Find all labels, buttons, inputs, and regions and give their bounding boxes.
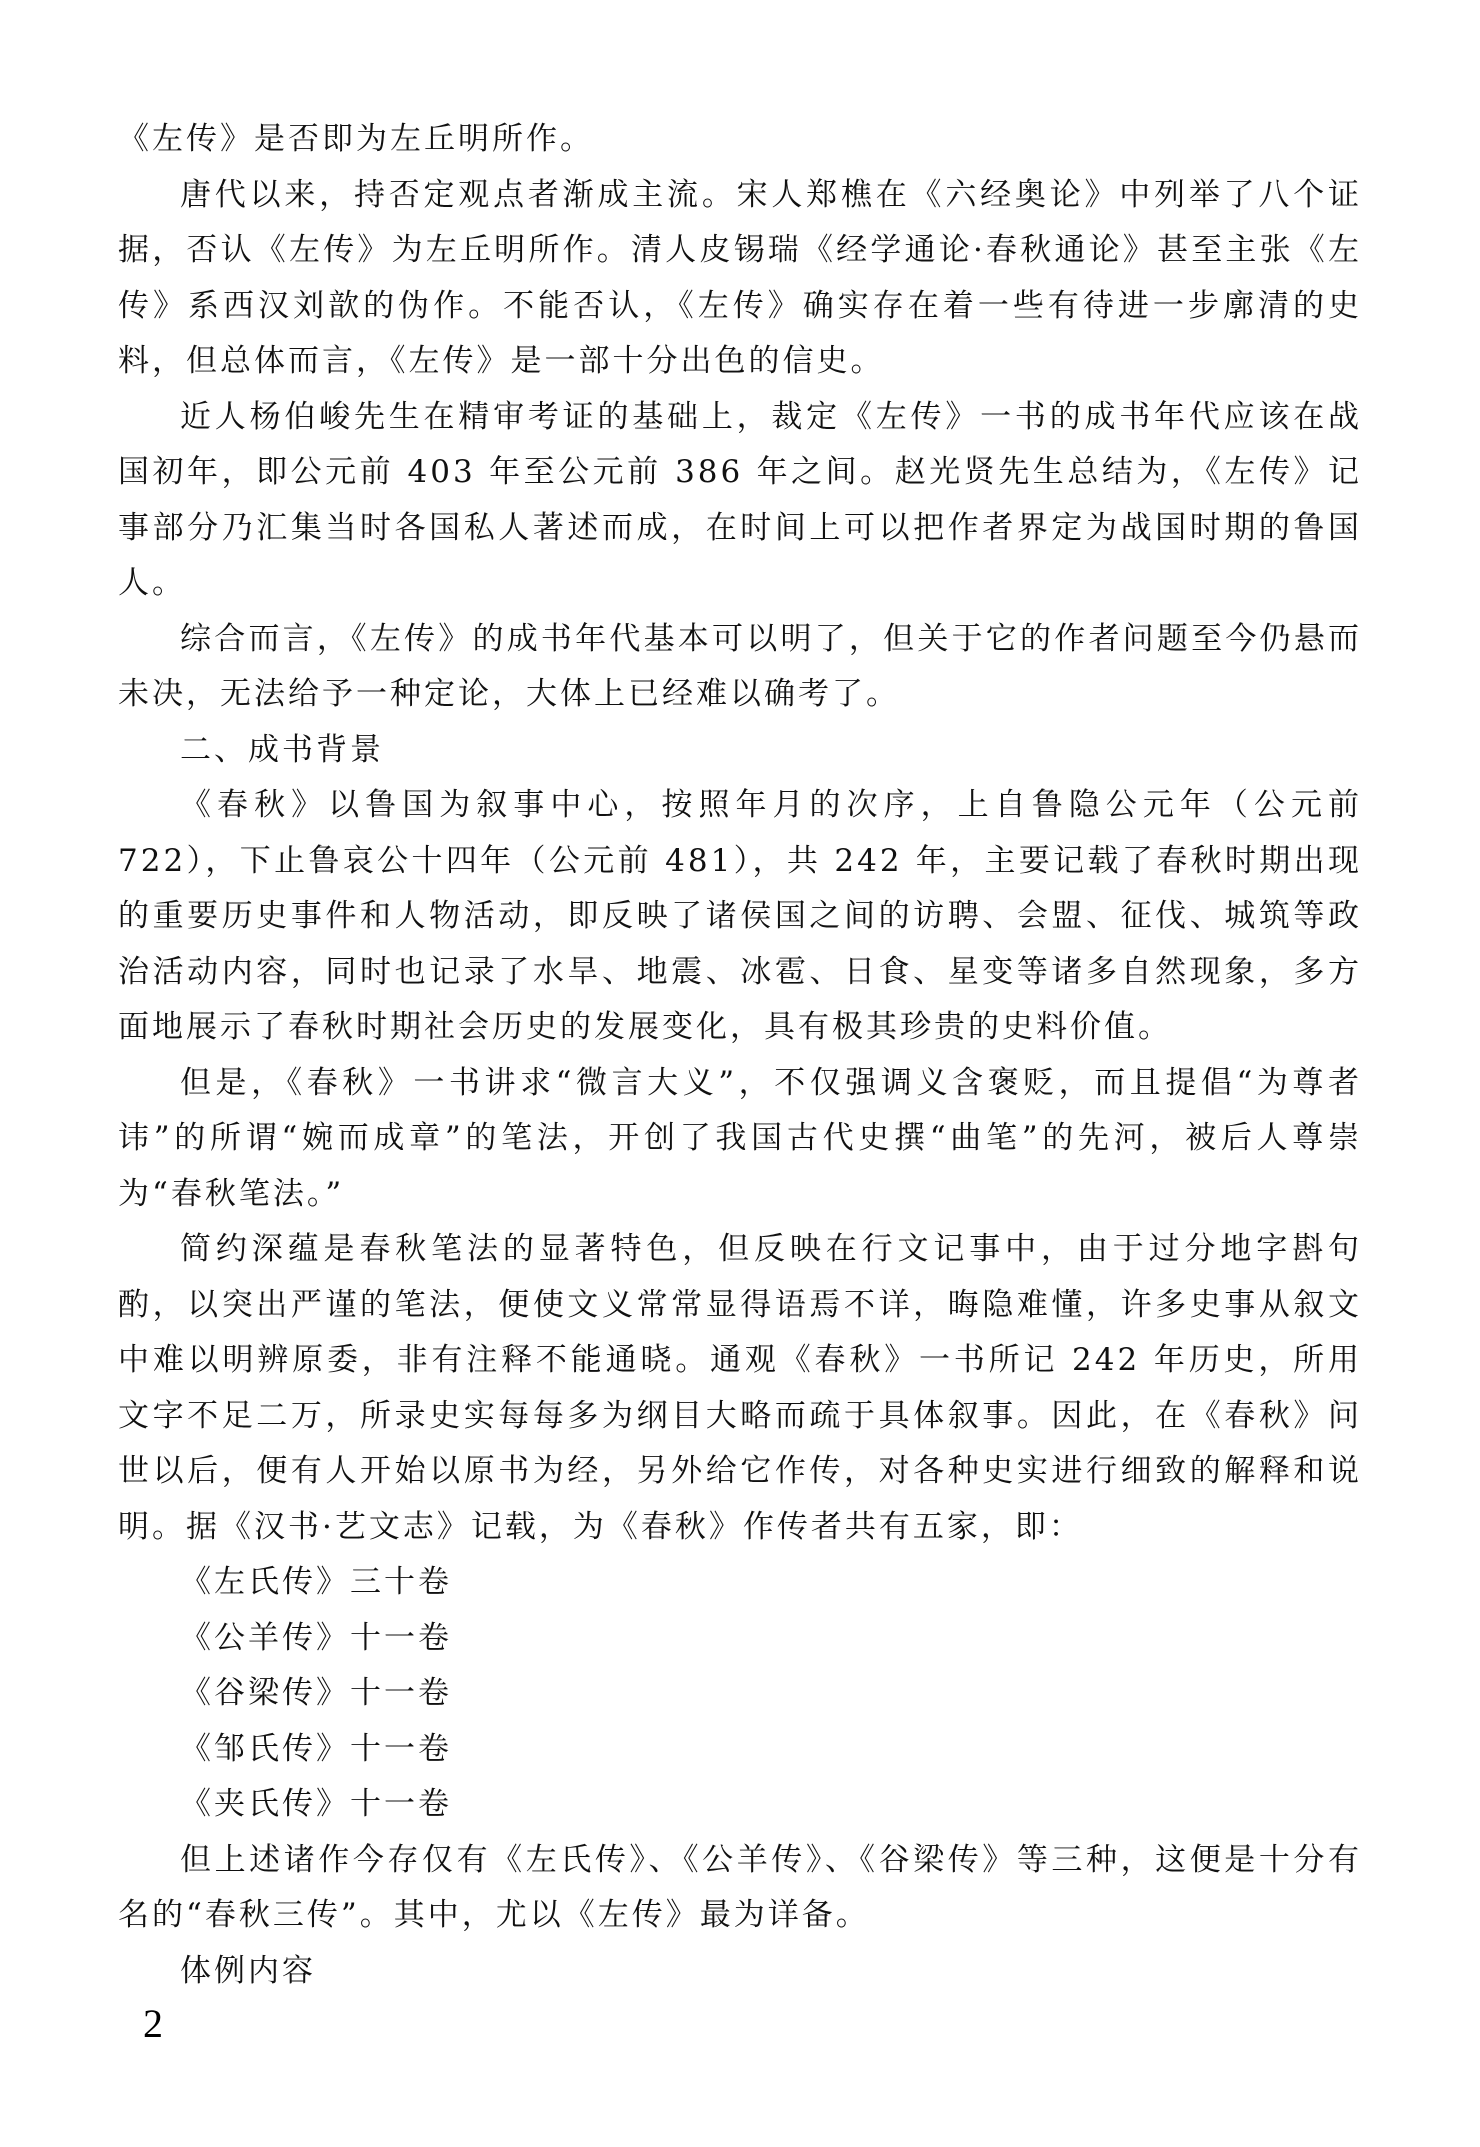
list-item: 《夹氏传》十一卷 — [118, 1777, 1362, 1833]
list-item: 《邹氏传》十一卷 — [118, 1722, 1362, 1778]
paragraph: 《春秋》以鲁国为叙事中心，按照年月的次序，上自鲁隐公元年（公元前 722），下止… — [118, 778, 1362, 1056]
list-item: 《谷梁传》十一卷 — [118, 1666, 1362, 1722]
paragraph: 但上述诸作今存仅有《左氏传》、《公羊传》、《谷梁传》等三种，这便是十分有名的“春… — [118, 1833, 1362, 1944]
section-heading: 体例内容 — [118, 1944, 1362, 2000]
paragraph: 《左传》是否即为左丘明所作。 — [118, 112, 1362, 168]
document-page: 《左传》是否即为左丘明所作。 唐代以来，持否定观点者渐成主流。宋人郑樵在《六经奥… — [0, 0, 1480, 2147]
body-text: 《左传》是否即为左丘明所作。 唐代以来，持否定观点者渐成主流。宋人郑樵在《六经奥… — [118, 112, 1362, 1999]
section-heading: 二、成书背景 — [118, 723, 1362, 779]
paragraph: 唐代以来，持否定观点者渐成主流。宋人郑樵在《六经奥论》中列举了八个证据，否认《左… — [118, 168, 1362, 390]
paragraph: 综合而言，《左传》的成书年代基本可以明了，但关于它的作者问题至今仍悬而未决，无法… — [118, 612, 1362, 723]
list-item: 《公羊传》十一卷 — [118, 1611, 1362, 1667]
paragraph: 近人杨伯峻先生在精审考证的基础上，裁定《左传》一书的成书年代应该在战国初年，即公… — [118, 390, 1362, 612]
paragraph: 但是，《春秋》一书讲求“微言大义”，不仅强调义含褒贬，而且提倡“为尊者讳”的所谓… — [118, 1056, 1362, 1223]
list-item: 《左氏传》三十卷 — [118, 1555, 1362, 1611]
paragraph: 简约深蕴是春秋笔法的显著特色，但反映在行文记事中，由于过分地字斟句酌，以突出严谨… — [118, 1222, 1362, 1555]
page-number: 2 — [143, 2000, 163, 2047]
